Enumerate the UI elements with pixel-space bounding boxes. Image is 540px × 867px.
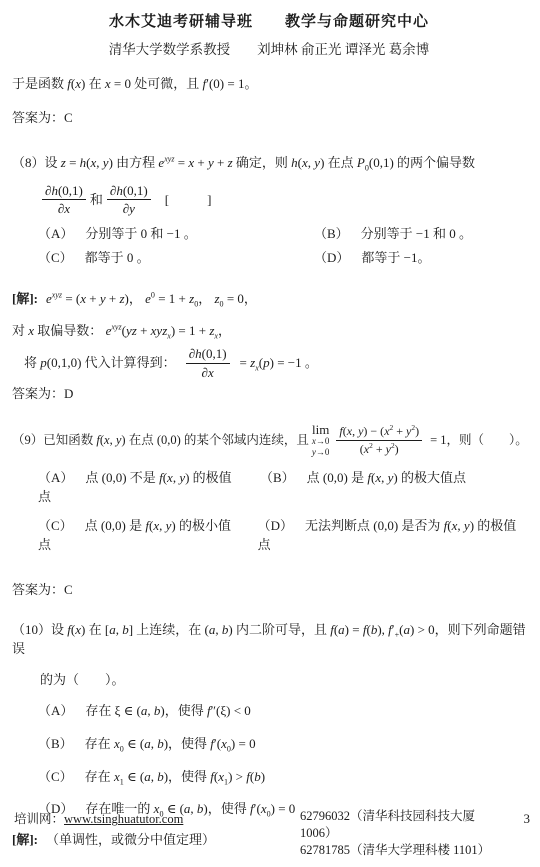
option-label: （C） — [38, 769, 73, 784]
option-text: 存在 x1 ∈ (a, b)，使得 f(x1) > f(b) — [85, 769, 265, 784]
option-label: （C） — [38, 250, 73, 265]
q8-partial-x-fraction: ∂h(0,1) ∂x — [42, 183, 86, 217]
fraction-numerator: f(x, y) − (x2 + y2) — [336, 424, 422, 440]
page-number: 3 — [504, 808, 530, 829]
option-text: 都等于 0 。 — [85, 250, 150, 265]
footer-site: 培训网：www.tsinghuatutor.com — [14, 808, 300, 828]
option-label: （A） — [38, 703, 73, 718]
fraction-numerator: ∂h(0,1) — [42, 183, 86, 201]
site-label: 培训网： — [14, 812, 64, 826]
fraction-numerator: ∂h(0,1) — [107, 183, 151, 201]
fraction-denominator: ∂x — [58, 200, 70, 217]
q8-solution-fraction: ∂h(0,1) ∂x — [186, 346, 230, 380]
q9-option-b: （B）点 (0,0) 是 f(x, y) 的极大值点 — [260, 469, 466, 507]
option-text: 存在 x0 ∈ (a, b)，使得 f′(x0) = 0 — [85, 736, 256, 751]
q9-option-d: （D）无法判断点 (0,0) 是否为 f(x, y) 的极值点 — [258, 517, 526, 555]
option-text: 存在 ξ ∈ (a, b)，使得 f″(ξ) < 0 — [85, 703, 250, 718]
solution-label: [解]: — [12, 291, 38, 306]
q8-options-row1: （A）分别等于 0 和 −1 。 （B）分别等于 −1 和 0 。 — [12, 225, 526, 244]
q8-option-c: （C）都等于 0 。 — [38, 249, 288, 268]
q8-partials-line: ∂h(0,1) ∂x 和 ∂h(0,1) ∂y [ ] — [38, 183, 526, 217]
q10-stem-line2: 的为（ ）。 — [40, 671, 526, 690]
limit-operator: lim x→0 y→0 — [312, 423, 330, 457]
q8-answer-line: 答案为：D — [12, 385, 526, 404]
option-text: 无法判断点 (0,0) 是否为 f(x, y) 的极值点 — [258, 518, 517, 552]
option-label: （B） — [260, 470, 295, 485]
exam-page: 水木艾迪考研辅导班 教学与命题研究中心 清华大学数学系教授 刘坤林 俞正光 谭泽… — [0, 0, 540, 850]
footer-phone-line1: 62796032（清华科技园科技大厦 1006） — [300, 808, 504, 842]
lim-subscript-y: y→0 — [312, 447, 330, 457]
solution-text: = zx(p) = −1 。 — [240, 354, 318, 373]
page-title: 水木艾迪考研辅导班 教学与命题研究中心 — [12, 12, 526, 34]
fraction-denominator: ∂y — [123, 200, 135, 217]
q9-options-row2: （C）点 (0,0) 是 f(x, y) 的极小值点 （D）无法判断点 (0,0… — [12, 517, 526, 555]
option-label: （A） — [38, 226, 73, 241]
option-label: （A） — [38, 470, 73, 485]
option-text: 分别等于 −1 和 0 。 — [361, 226, 472, 241]
q9-options-row1: （A）点 (0,0) 不是 f(x, y) 的极值点 （B）点 (0,0) 是 … — [12, 469, 526, 507]
q8-option-d: （D）都等于 −1。 — [314, 249, 430, 268]
solution-text: 将 p(0,1,0) 代入计算得到： — [24, 354, 176, 373]
q8-answer-bracket: [ ] — [165, 191, 216, 210]
q10-stem-line1: （10）设 f(x) 在 [a, b] 上连续，在 (a, b) 内二阶可导，且… — [12, 621, 526, 659]
q9-option-c: （C）点 (0,0) 是 f(x, y) 的极小值点 — [38, 517, 232, 555]
q9-stem-text: （9）已知函数 f(x, y) 在点 (0,0) 的某个邻域内连续，且 — [12, 431, 309, 449]
fraction-denominator: (x2 + y2) — [360, 441, 399, 456]
q8-options-row2: （C）都等于 0 。 （D）都等于 −1。 — [12, 249, 526, 268]
q9-stem-tail: = 1，则（ ）。 — [430, 431, 528, 449]
option-text: 点 (0,0) 是 f(x, y) 的极大值点 — [307, 470, 466, 485]
q9-stem: （9）已知函数 f(x, y) 在点 (0,0) 的某个邻域内连续，且 lim … — [12, 423, 526, 457]
page-subtitle: 清华大学数学系教授 刘坤林 俞正光 谭泽光 葛余博 — [12, 40, 526, 60]
q7-closing-line: 于是函数 f(x) 在 x = 0 处可微，且 f′(0) = 1。 — [12, 75, 526, 94]
q7-answer-line: 答案为：C — [12, 109, 526, 128]
lim-subscripts: x→0 y→0 — [312, 436, 330, 457]
option-text: 都等于 −1。 — [361, 250, 430, 265]
q8-option-a: （A）分别等于 0 和 −1 。 — [38, 225, 288, 244]
q10-option-a: （A）存在 ξ ∈ (a, b)，使得 f″(ξ) < 0 — [38, 702, 526, 721]
option-label: （D） — [258, 518, 293, 533]
q8-and-word: 和 — [90, 191, 103, 210]
page-footer: 培训网：www.tsinghuatutor.com 62796032（清华科技园… — [14, 808, 530, 859]
fraction-denominator: ∂x — [202, 364, 214, 381]
lim-subscript-x: x→0 — [312, 436, 330, 446]
lim-symbol: lim — [312, 423, 329, 436]
q9-answer-line: 答案为：C — [12, 581, 526, 600]
q9-option-a: （A）点 (0,0) 不是 f(x, y) 的极值点 — [38, 469, 234, 507]
site-link[interactable]: www.tsinghuatutor.com — [64, 812, 183, 826]
q8-option-b: （B）分别等于 −1 和 0 。 — [314, 225, 472, 244]
q10-option-c: （C）存在 x1 ∈ (a, b)，使得 f(x1) > f(b) — [38, 768, 526, 787]
q8-solution-line1: [解]:exyz = (x + y + z)， e0 = 1 + z0， z0 … — [12, 290, 526, 309]
q10-option-b: （B）存在 x0 ∈ (a, b)，使得 f′(x0) = 0 — [38, 735, 526, 754]
q8-solution-line3: 将 p(0,1,0) 代入计算得到： ∂h(0,1) ∂x = zx(p) = … — [24, 346, 526, 380]
option-label: （B） — [38, 736, 73, 751]
q8-partial-y-fraction: ∂h(0,1) ∂y — [107, 183, 151, 217]
option-label: （C） — [38, 518, 73, 533]
q8-solution-line2: 对 x 取偏导数： exyz(yz + xyzx) = 1 + zx， — [12, 322, 526, 341]
option-label: （B） — [314, 226, 349, 241]
q9-limit-fraction: f(x, y) − (x2 + y2) (x2 + y2) — [336, 424, 422, 456]
footer-contacts: 62796032（清华科技园科技大厦 1006） 62781785（清华大学理科… — [300, 808, 504, 859]
option-text: 分别等于 0 和 −1 。 — [85, 226, 196, 241]
solution-text: exyz = (x + y + z)， e0 = 1 + z0， z0 = 0， — [46, 291, 257, 306]
option-label: （D） — [314, 250, 349, 265]
footer-phone-line2: 62781785（清华大学理科楼 1101） — [300, 842, 504, 859]
fraction-numerator: ∂h(0,1) — [186, 346, 230, 364]
q8-stem: （8）设 z = h(x, y) 由方程 exyz = x + y + z 确定… — [12, 154, 526, 173]
